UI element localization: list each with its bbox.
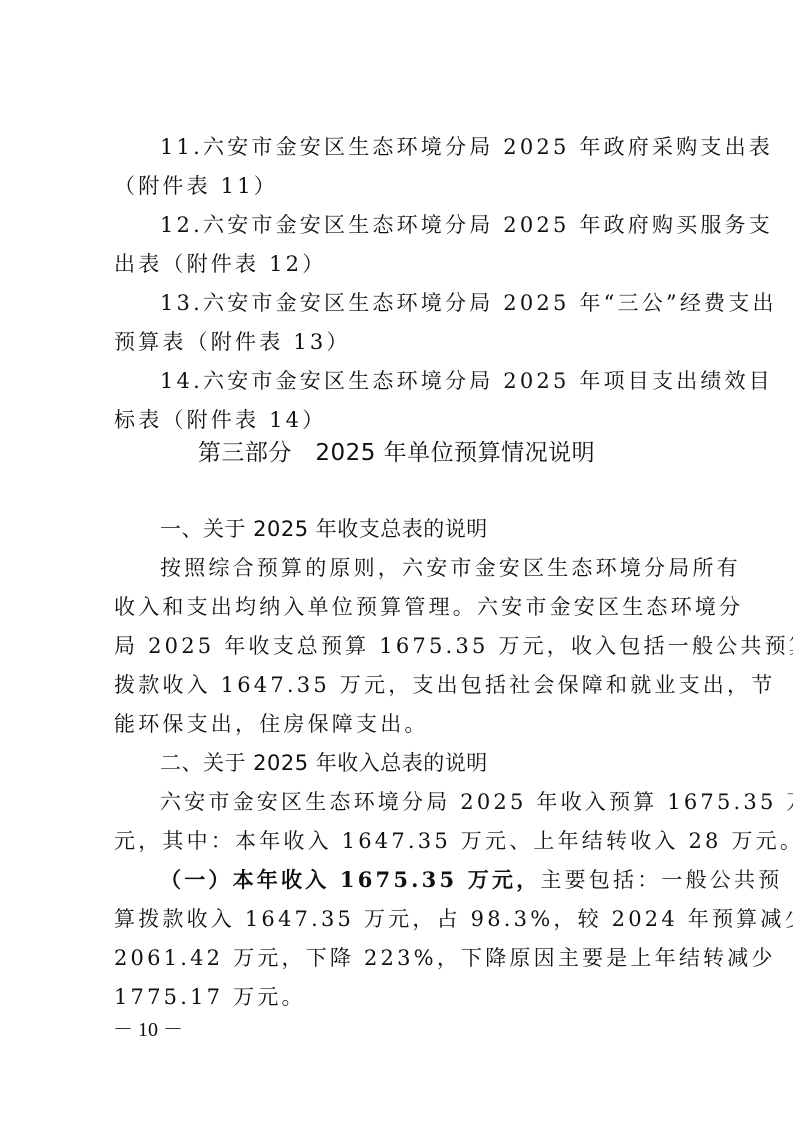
section1-paragraph-line: 按照综合预算的原则，六安市金安区生态环境分局所有 <box>160 553 674 583</box>
subsection1-first-line: （一）本年收入 1675.35 万元，主要包括：一般公共预 <box>160 865 674 895</box>
page-number: － 10 － <box>113 1018 183 1042</box>
list-item-12-line1: 12.六安市金安区生态环境分局 2025 年政府购买服务支 <box>160 210 674 240</box>
section1-heading: 一、关于 2025 年收支总表的说明 <box>160 514 674 544</box>
section2-paragraph-line: 六安市金安区生态环境分局 2025 年收入预算 1675.35 万 <box>160 787 674 817</box>
part-title: 第三部分 2025 年单位预算情况说明 <box>0 436 793 470</box>
list-item-13-line1: 13.六安市金安区生态环境分局 2025 年“三公”经费支出 <box>160 288 674 318</box>
subsection1-line: 1775.17 万元。 <box>114 982 674 1012</box>
list-item-11-line2: （附件表 11） <box>114 171 674 201</box>
list-item-12-line2: 出表（附件表 12） <box>114 249 674 279</box>
subsection1-rest: 主要包括：一般公共预 <box>540 868 782 892</box>
document-page: 11.六安市金安区生态环境分局 2025 年政府采购支出表 （附件表 11） 1… <box>0 0 793 1122</box>
list-item-14-line1: 14.六安市金安区生态环境分局 2025 年项目支出绩效目 <box>160 366 674 396</box>
subsection1-line: 2061.42 万元，下降 223%，下降原因主要是上年结转减少 <box>114 943 674 973</box>
section1-paragraph-line: 局 2025 年收支总预算 1675.35 万元，收入包括一般公共预算 <box>114 631 674 661</box>
section1-paragraph-line: 拨款收入 1647.35 万元，支出包括社会保障和就业支出，节 <box>114 670 674 700</box>
list-item-13-line2: 预算表（附件表 13） <box>114 327 674 357</box>
section1-paragraph-line: 收入和支出均纳入单位预算管理。六安市金安区生态环境分 <box>114 592 674 622</box>
section1-paragraph-line: 能环保支出，住房保障支出。 <box>114 709 674 739</box>
subsection1-bold-lead: （一）本年收入 1675.35 万元， <box>160 867 540 892</box>
section2-paragraph-line: 元，其中：本年收入 1647.35 万元、上年结转收入 28 万元。 <box>114 826 674 856</box>
section2-heading: 二、关于 2025 年收入总表的说明 <box>160 748 674 778</box>
list-item-11-line1: 11.六安市金安区生态环境分局 2025 年政府采购支出表 <box>160 132 674 162</box>
subsection1-line: 算拨款收入 1647.35 万元，占 98.3%，较 2024 年预算减少 <box>114 904 674 934</box>
list-item-14-line2: 标表（附件表 14） <box>114 405 674 435</box>
